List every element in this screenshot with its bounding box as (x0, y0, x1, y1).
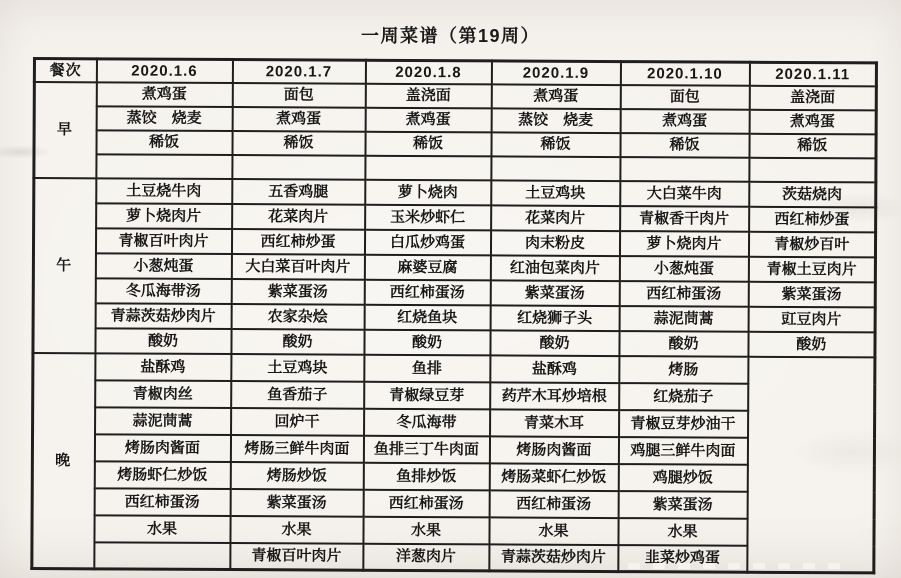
meal-label-breakfast: 早 (34, 82, 97, 178)
dish-cell: 紫菜蛋汤 (231, 279, 364, 305)
dish-cell (365, 155, 491, 180)
dish-cell: 西红柿蛋汤 (363, 489, 489, 517)
dish-cell: 稀饭 (491, 132, 620, 157)
dish-cell: 紫菜蛋汤 (230, 489, 363, 517)
dish-cell: 红烧茄子 (619, 383, 748, 411)
dish-cell: 煮鸡蛋 (749, 109, 876, 134)
dish-cell: 青椒土豆肉片 (748, 256, 875, 282)
corner-label: 餐次 (34, 59, 96, 82)
dish-cell: 盖浇面 (365, 83, 491, 108)
dish-cell: 蒜泥茼蒿 (619, 306, 748, 332)
dish-cell: 韭菜炒鸡蛋 (618, 545, 747, 573)
dish-cell: 豇豆肉片 (748, 306, 875, 332)
dish-cell: 煮鸡蛋 (365, 107, 491, 132)
dish-cell: 水果 (489, 517, 618, 545)
dish-cell: 酸奶 (364, 329, 490, 355)
dish-cell: 鸡腿三鲜牛肉面 (618, 437, 747, 465)
dish-cell: 花菜肉片 (491, 205, 620, 231)
dish-cell (749, 157, 876, 182)
dish-cell: 西红柿炒蛋 (231, 229, 364, 255)
dish-cell: 鱼排三丁牛肉面 (363, 435, 489, 463)
dish-cell: 萝卜烧肉片 (96, 203, 232, 229)
dish-cell: 冬瓜海带汤 (95, 278, 231, 304)
dish-cell: 面包 (232, 83, 365, 108)
dish-cell: 大白菜百叶肉片 (231, 254, 364, 280)
dish-cell: 冬瓜海带 (364, 408, 490, 436)
dish-cell: 青椒豆芽炒油干 (619, 410, 748, 438)
dish-cell: 稀饭 (96, 130, 232, 155)
date-header: 2020.1.8 (365, 60, 491, 84)
dish-cell: 煮鸡蛋 (232, 107, 365, 132)
dish-cell: 萝卜烧肉 (365, 179, 491, 205)
dish-cell: 蒸饺 烧麦 (491, 108, 620, 133)
dish-cell: 回炉干 (231, 408, 364, 436)
dish-cell: 煮鸡蛋 (620, 109, 749, 134)
dish-cell: 西红柿蛋汤 (364, 279, 490, 305)
dish-cell: 酸奶 (619, 331, 748, 357)
dish-cell: 西红柿蛋汤 (619, 281, 748, 307)
dish-cell: 面包 (620, 85, 749, 110)
date-header: 2020.1.10 (620, 62, 749, 86)
dish-cell: 麻婆豆腐 (364, 254, 490, 280)
dish-cell: 茨菇烧肉 (749, 181, 876, 207)
dish-cell: 水果 (230, 516, 363, 544)
dish-cell: 小葱炖蛋 (619, 256, 748, 282)
dish-cell: 烤肠肉酱面 (94, 434, 230, 462)
dish-cell: 青蒜茨菇炒肉片 (95, 303, 231, 329)
menu-table: 餐次2020.1.62020.1.72020.1.82020.1.92020.1… (30, 57, 878, 574)
dish-cell: 水果 (618, 518, 747, 546)
dish-cell: 药芹木耳炒培根 (490, 382, 619, 410)
dish-cell: 花菜肉片 (232, 204, 365, 230)
dish-cell: 萝卜烧肉片 (619, 231, 748, 257)
dish-cell: 青椒肉丝 (95, 380, 231, 408)
dish-cell (94, 542, 230, 570)
dish-cell: 紫菜蛋汤 (748, 281, 875, 307)
dish-cell: 玉米炒虾仁 (365, 204, 491, 230)
date-header: 2020.1.7 (232, 60, 365, 84)
dish-cell: 盐酥鸡 (95, 353, 231, 381)
dish-cell: 稀饭 (620, 133, 749, 158)
dish-cell: 烤肠虾仁炒饭 (94, 461, 230, 489)
dish-cell: 红烧鱼块 (364, 304, 490, 330)
dish-cell (747, 356, 875, 573)
dish-cell: 蒸饺 烧麦 (96, 106, 232, 131)
dish-cell: 煮鸡蛋 (96, 82, 232, 107)
dish-cell: 烤肠 (619, 356, 748, 384)
dish-cell: 烤肠三鲜牛肉面 (230, 435, 363, 463)
dish-cell: 水果 (363, 516, 489, 544)
dish-cell: 紫菜蛋汤 (618, 491, 747, 519)
dish-cell: 酸奶 (748, 331, 875, 357)
dish-cell: 蒜泥茼蒿 (95, 407, 231, 435)
dish-cell: 青椒百叶肉片 (230, 543, 363, 571)
dish-cell: 红烧狮子头 (490, 305, 619, 331)
dish-cell: 小葱炖蛋 (95, 253, 231, 279)
dish-cell (620, 157, 749, 182)
dish-cell (96, 154, 232, 179)
menu-table-body: 餐次2020.1.62020.1.72020.1.82020.1.92020.1… (32, 59, 877, 573)
dish-cell: 鱼香茄子 (231, 381, 364, 409)
dish-cell: 酸奶 (95, 328, 231, 354)
page-title: 一周菜谱（第19周） (0, 22, 901, 48)
meal-label-lunch: 午 (33, 178, 96, 353)
dish-cell: 农家杂烩 (231, 304, 364, 330)
dish-cell: 煮鸡蛋 (491, 84, 620, 109)
dish-cell: 肉末粉皮 (490, 230, 619, 256)
dish-cell: 西红柿蛋汤 (94, 488, 230, 516)
dish-cell: 鱼排炒饭 (363, 462, 489, 490)
dish-cell: 红油包菜肉片 (490, 255, 619, 281)
dish-cell: 土豆鸡块 (231, 354, 364, 382)
dish-cell: 西红柿炒蛋 (749, 206, 876, 232)
dish-cell: 大白菜牛肉 (620, 181, 749, 207)
dish-cell: 青菜木耳 (490, 409, 619, 437)
dish-cell: 酸奶 (490, 330, 619, 356)
date-header: 2020.1.11 (749, 62, 876, 86)
dish-cell: 烤肠炒饭 (230, 462, 363, 490)
dish-cell: 青椒绿豆芽 (364, 381, 490, 409)
meal-label-dinner: 晚 (32, 353, 95, 569)
dish-cell: 烤肠肉酱面 (489, 436, 618, 464)
scanned-menu-sheet: 一周菜谱（第19周） 餐次2020.1.62020.1.72020.1.8202… (0, 0, 901, 578)
dish-cell: 烤肠菜虾仁炒饭 (489, 463, 618, 491)
dish-cell: 青椒香干肉片 (620, 206, 749, 232)
dish-cell: 青蒜茨菇炒肉片 (489, 544, 618, 572)
dish-cell: 白瓜炒鸡蛋 (364, 229, 490, 255)
date-header: 2020.1.6 (96, 59, 232, 83)
dish-cell: 五香鸡腿 (232, 179, 365, 205)
dish-cell: 青椒百叶肉片 (95, 228, 231, 254)
dish-cell: 洋葱肉片 (363, 543, 489, 571)
dish-cell (491, 156, 620, 181)
dish-cell: 土豆鸡块 (491, 180, 620, 206)
dish-cell (232, 155, 365, 180)
dish-cell: 西红柿蛋汤 (489, 490, 618, 518)
dish-cell: 土豆烧牛肉 (96, 178, 232, 204)
dish-cell: 稀饭 (749, 133, 876, 158)
dish-cell: 水果 (94, 515, 230, 543)
dish-cell: 鸡腿炒饭 (618, 464, 747, 492)
dish-cell: 鱼排 (364, 354, 490, 382)
dish-cell: 盐酥鸡 (490, 355, 619, 383)
dish-cell: 青椒炒百叶 (748, 231, 875, 257)
dish-cell: 盖浇面 (749, 85, 876, 110)
dish-cell: 酸奶 (231, 329, 364, 355)
dish-cell: 稀饭 (365, 131, 491, 156)
dish-cell: 稀饭 (232, 131, 365, 156)
dish-cell: 紫菜蛋汤 (490, 280, 619, 306)
date-header: 2020.1.9 (491, 61, 620, 85)
